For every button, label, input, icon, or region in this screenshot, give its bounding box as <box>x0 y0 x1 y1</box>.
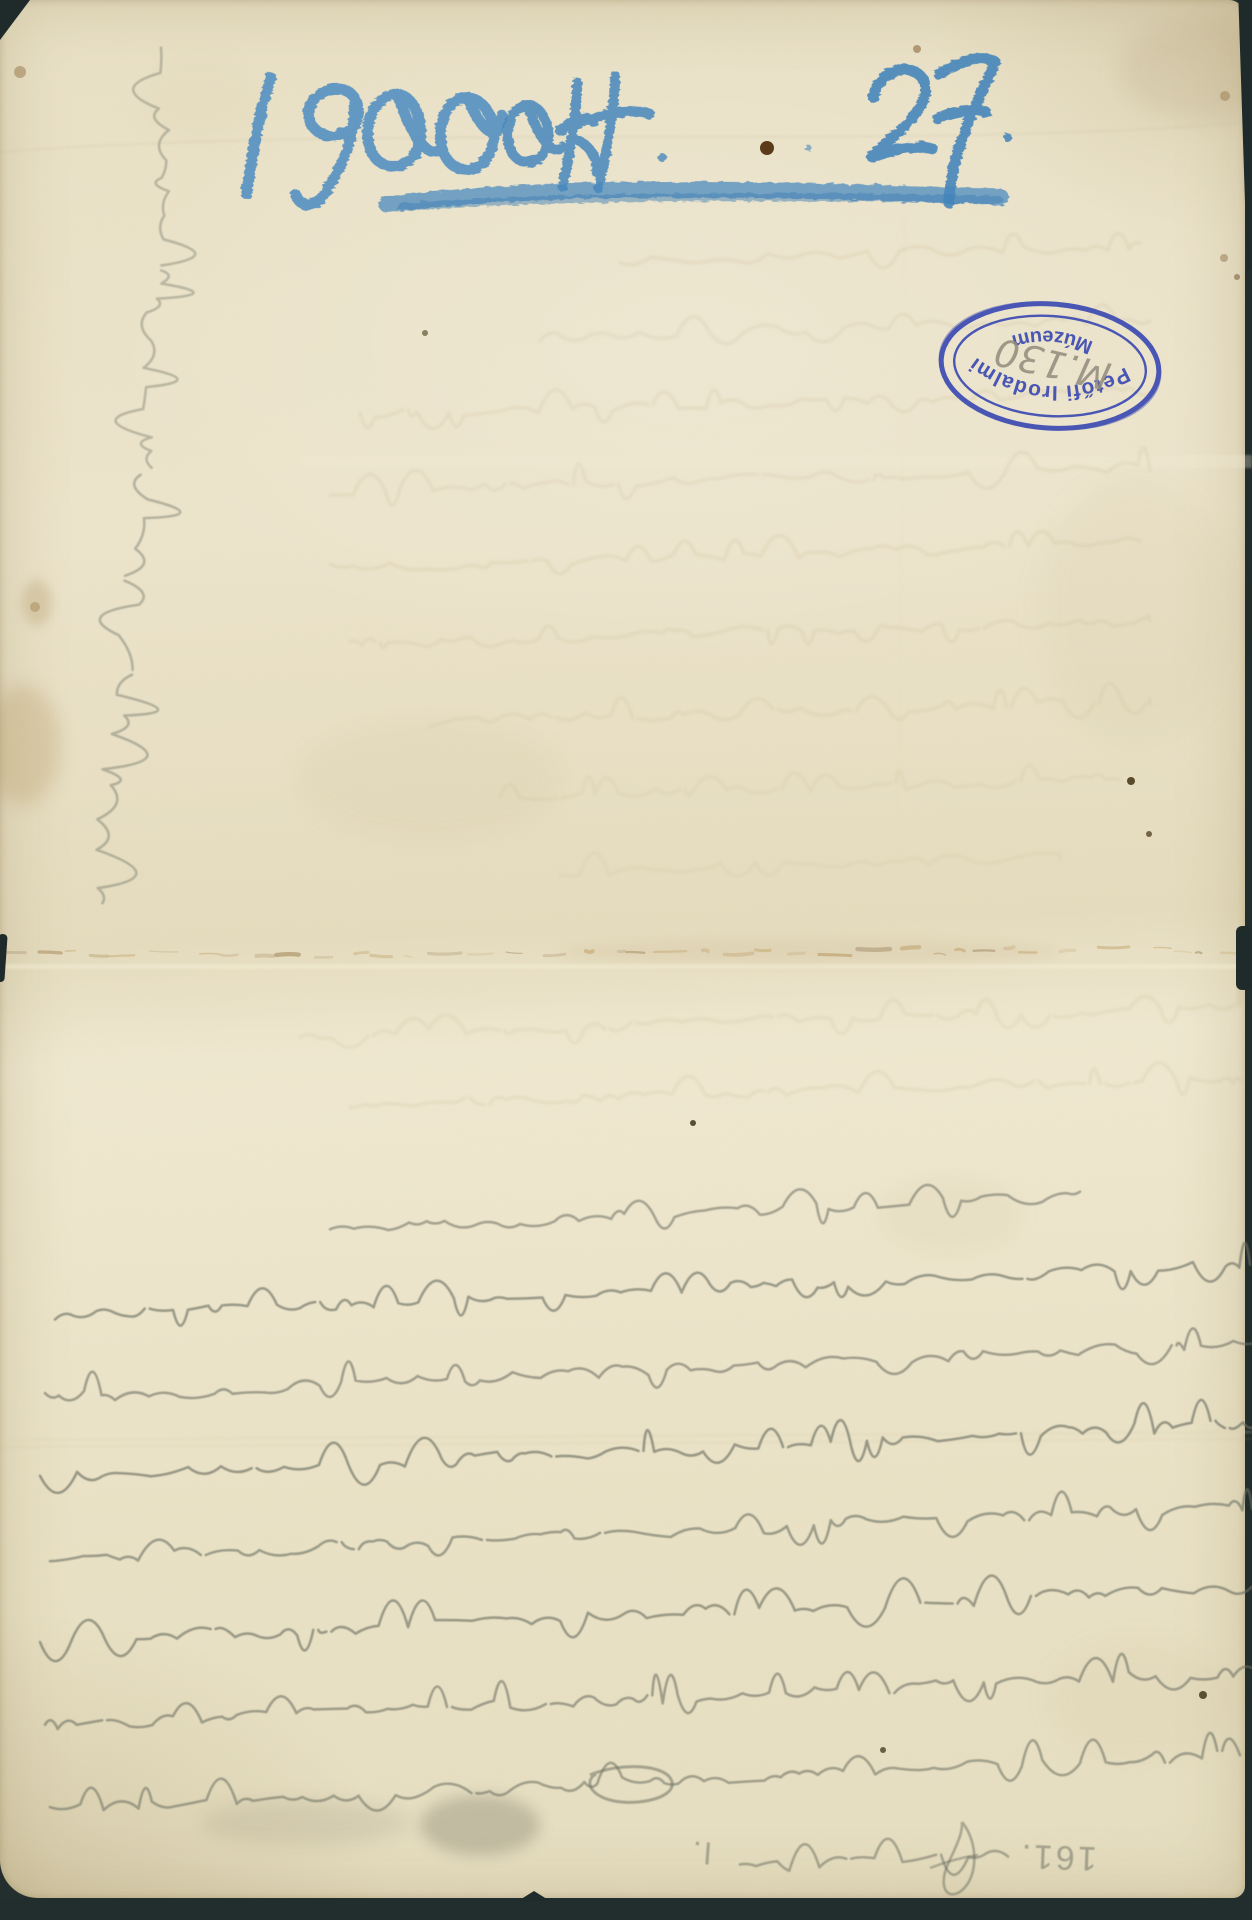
scanned-letter: 1900 okt. 27. <box>0 0 1252 1920</box>
fold-notch-right <box>1236 926 1252 990</box>
letter-page <box>0 0 1245 1898</box>
